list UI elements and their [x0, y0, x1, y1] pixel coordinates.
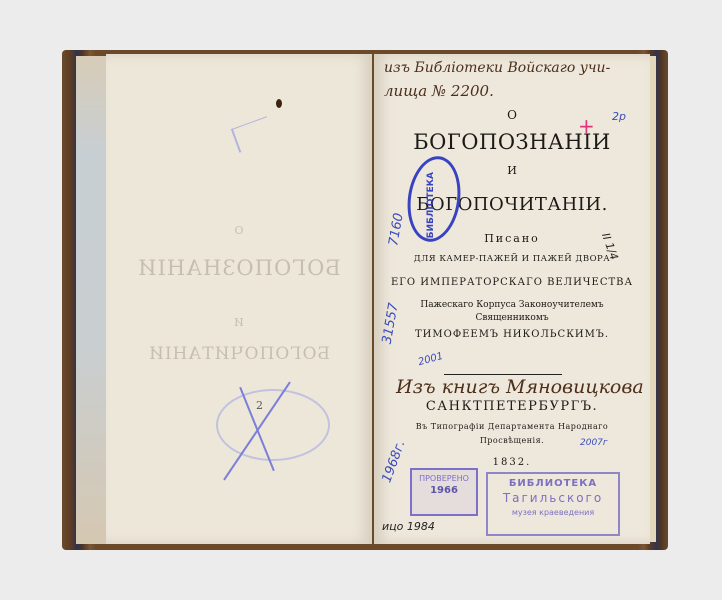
checked-stamp: ПРОВЕРЕНО 1966	[410, 468, 478, 516]
library-stamp-line3: музея краеведения	[488, 508, 618, 517]
stamp-number: 2	[256, 399, 263, 412]
library-stamp-line1: БИБЛИОТЕКА	[488, 478, 618, 489]
ghost-title2: БОГОПОЧИТАНІИ	[106, 344, 372, 364]
ghost-title1: БОГОПОЗНАНІИ	[106, 256, 372, 280]
flyleaf	[76, 56, 106, 544]
title-page: изъ Библіотеки Войскаго учи- лища № 2200…	[374, 54, 650, 544]
handwritten-library-note-1: изъ Библіотеки Войскаго учи-	[384, 60, 610, 76]
library-stamp: БИБЛИОТЕКА Тагильского музея краеведения	[486, 472, 620, 536]
left-page: О БОГОПОЗНАНІИ И БОГОПОЧИТАНІИ 2	[106, 54, 372, 544]
library-stamp-line2: Тагильского	[488, 491, 618, 505]
pencil-note-1984: ицо 1984	[382, 520, 435, 533]
worm-hole	[276, 99, 282, 108]
ghost-i: И	[106, 316, 372, 329]
printer-line-2: Просвѣщенія.	[374, 436, 650, 445]
handwritten-provenance: Изъ книгъ Мяновицкова	[396, 376, 644, 398]
author-line-2: Священникомъ	[374, 313, 650, 323]
pencil-note-2007: 2007г	[580, 438, 608, 448]
blue-scribble	[231, 116, 275, 152]
checked-stamp-label: ПРОВЕРЕНО	[412, 474, 476, 483]
faded-oval-stamp	[216, 389, 330, 461]
title-o: О	[374, 108, 650, 122]
checked-stamp-year: 1966	[412, 485, 476, 496]
divider-rule	[444, 374, 562, 375]
printer-line-1: Въ Типографіи Департамента Народнаго	[374, 422, 650, 431]
ghost-o: О	[106, 224, 372, 237]
publication-year: 1832.	[374, 457, 650, 468]
author-line-1: Пажескаго Корпуса Законоучителемъ	[374, 300, 650, 310]
author-name: ТИМОФЕЕМЪ НИКОЛЬСКИМЪ.	[374, 329, 650, 340]
handwritten-library-note-2: лища № 2200.	[384, 82, 494, 100]
oval-stamp-text: БИБЛІОТЕКА	[426, 172, 436, 238]
pencil-note-2001: 2001	[417, 351, 444, 368]
majesty-line: ЕГО ИМПЕРАТОРСКАГО ВЕЛИЧЕСТВА	[374, 277, 650, 288]
city: САНКТПЕТЕРБУРГЪ.	[374, 399, 650, 414]
page-edge	[650, 56, 656, 542]
title-main-1: БОГОПОЗНАНІИ	[374, 130, 650, 154]
open-book: О БОГОПОЗНАНІИ И БОГОПОЧИТАНІИ 2 изъ Биб…	[62, 50, 668, 550]
